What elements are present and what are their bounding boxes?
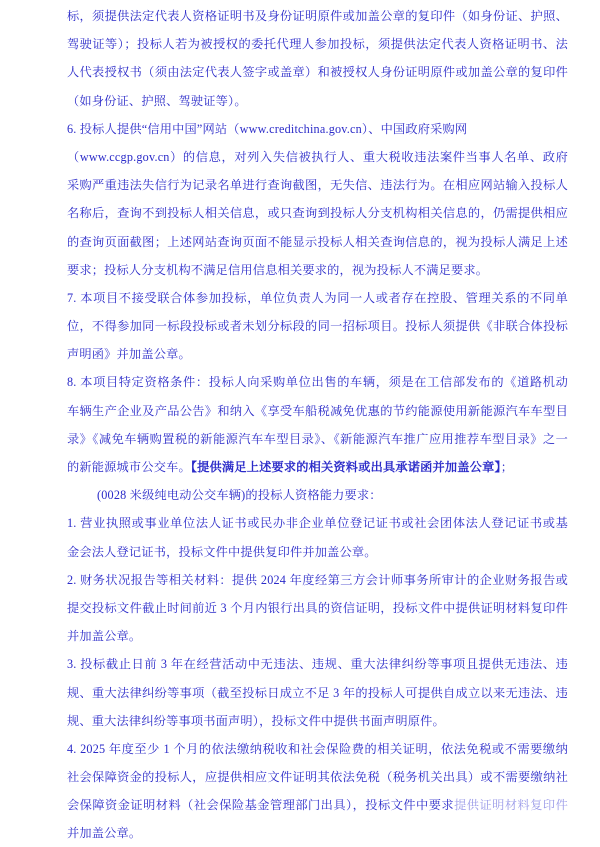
text-run: 社会保障资金的投标人，应提供相应文件证明其依法免税（税务机关出具）或不需要缴纳社 <box>67 770 568 784</box>
bold-text-run: 【提供满足上述要求的相关资料或出具承诺函并加盖公章】 <box>191 460 501 474</box>
text-line: 6. 投标人提供“信用中国”网站（www.creditchina.gov.cn）… <box>67 115 568 143</box>
text-run: （如身份证、护照、驾驶证等）。 <box>67 94 247 108</box>
text-run: 8. 本项目特定资格条件：投标人向采购单位出售的车辆，须是在工信部发布的《道路机… <box>67 375 568 389</box>
text-run: 采购严重违法失信行为记录名单进行查询截图，无失信、违法行为。在相应网站输入投标人 <box>67 178 568 192</box>
text-run: 会保障资金证明材料（社会保险基金管理部门出具），投标文件中要求 <box>67 798 454 812</box>
text-run: 的查询页面截图；上述网站查询页面不能显示投标人相关查询信息的，视为投标人满足上述 <box>67 235 568 249</box>
text-run: 规、重大法律纠纷等事项书面声明），投标文件中提供书面声明原件。 <box>67 714 445 728</box>
text-line: 8. 本项目特定资格条件：投标人向采购单位出售的车辆，须是在工信部发布的《道路机… <box>67 368 568 396</box>
text-line: 会保障资金证明材料（社会保险基金管理部门出具），投标文件中要求提供证明材料复印件 <box>67 791 568 819</box>
text-line: 采购严重违法失信行为记录名单进行查询截图，无失信、违法行为。在相应网站输入投标人 <box>67 171 568 199</box>
text-run: (0028 米级纯电动公交车辆)的投标人资格能力要求： <box>97 488 382 502</box>
text-line: 社会保障资金的投标人，应提供相应文件证明其依法免税（税务机关出具）或不需要缴纳社 <box>67 763 568 791</box>
text-run: 驾驶证等）；投标人若为被授权的委托代理人参加投标，须提供法定代表人资格证明书、法 <box>67 37 568 51</box>
text-line: 规、重大法律纠纷等事项（截至投标日成立不足 3 年的投标人可提供自成立以来无违法… <box>67 679 568 707</box>
text-run: 录》《减免车辆购置税的新能源汽车车型目录》、《新能源汽车推广应用推荐车型目录》之… <box>67 432 568 446</box>
text-run: 的新能源城市公交车。 <box>67 460 191 474</box>
text-line: 声明函》并加盖公章。 <box>67 340 568 368</box>
text-run: 并加盖公章。 <box>67 826 141 840</box>
text-run: 2. 财务状况报告等相关材料：提供 2024 年度经第三方会计师事务所审计的企业… <box>67 573 568 587</box>
text-line: 4. 2025 年度至少 1 个月的依法缴纳税收和社会保险费的相关证明，依法免税… <box>67 735 568 763</box>
text-line: 的新能源城市公交车。【提供满足上述要求的相关资料或出具承诺函并加盖公章】； <box>67 453 568 481</box>
text-line: （www.ccgp.gov.cn）的信息，对列入失信被执行人、重大税收违法案件当… <box>67 143 568 171</box>
text-run: 声明函》并加盖公章。 <box>67 347 191 361</box>
text-run: 4. 2025 年度至少 1 个月的依法缴纳税收和社会保险费的相关证明，依法免税… <box>67 742 568 756</box>
text-run: 规、重大法律纠纷等事项（截至投标日成立不足 3 年的投标人可提供自成立以来无违法… <box>67 686 568 700</box>
text-run: （www.ccgp.gov.cn）的信息，对列入失信被执行人、重大税收违法案件当… <box>67 150 568 164</box>
text-run: 7. 本项目不接受联合体参加投标，单位负责人为同一人或者存在控股、管理关系的不同… <box>67 291 568 305</box>
text-run: 车辆生产企业及产品公告》和纳入《享受车船税减免优惠的节约能源使用新能源汽车车型目 <box>67 404 568 418</box>
text-line: 录》《减免车辆购置税的新能源汽车车型目录》、《新能源汽车推广应用推荐车型目录》之… <box>67 425 568 453</box>
text-line: 1. 营业执照或事业单位法人证书或民办非企业单位登记证书或社会团体法人登记证书或… <box>67 509 568 537</box>
text-line: 车辆生产企业及产品公告》和纳入《享受车船税减免优惠的节约能源使用新能源汽车车型目 <box>67 397 568 425</box>
document-page: 标，须提供法定代表人资格证明书及身份证明原件或加盖公章的复印件（如身份证、护照、… <box>0 0 600 847</box>
text-line: 要求；投标人分支机构不满足信用信息相关要求的，视为投标人不满足要求。 <box>67 256 568 284</box>
text-line: 并加盖公章。 <box>67 819 568 847</box>
text-run: 并加盖公章。 <box>67 629 141 643</box>
text-run: ； <box>501 460 513 474</box>
text-line: 并加盖公章。 <box>67 622 568 650</box>
text-line: 2. 财务状况报告等相关材料：提供 2024 年度经第三方会计师事务所审计的企业… <box>67 566 568 594</box>
text-line: 金会法人登记证书，投标文件中提供复印件并加盖公章。 <box>67 538 568 566</box>
text-line: 提交投标文件截止时间前近 3 个月内银行出具的资信证明，投标文件中提供证明材料复… <box>67 594 568 622</box>
text-run: 金会法人登记证书，投标文件中提供复印件并加盖公章。 <box>67 545 377 559</box>
text-run: 1. 营业执照或事业单位法人证书或民办非企业单位登记证书或社会团体法人登记证书或… <box>67 516 568 530</box>
light-text-run: 提供证明材料复印件 <box>454 798 568 812</box>
text-run: 名称后，查询不到投标人相关信息，或只查询到投标人分支机构相关信息的，仍需提供相应 <box>67 206 568 220</box>
text-line: 7. 本项目不接受联合体参加投标，单位负责人为同一人或者存在控股、管理关系的不同… <box>67 284 568 312</box>
text-run: 3. 投标截止日前 3 年在经营活动中无违法、违规、重大法律纠纷等事项且提供无违… <box>67 657 568 671</box>
text-line: （如身份证、护照、驾驶证等）。 <box>67 87 568 115</box>
text-run: 标，须提供法定代表人资格证明书及身份证明原件或加盖公章的复印件（如身份证、护照、 <box>67 9 568 23</box>
text-line: (0028 米级纯电动公交车辆)的投标人资格能力要求： <box>67 481 568 509</box>
text-line: 位，不得参加同一标段投标或者未划分标段的同一招标项目。投标人须提供《非联合体投标 <box>67 312 568 340</box>
text-run: 提交投标文件截止时间前近 3 个月内银行出具的资信证明，投标文件中提供证明材料复… <box>67 601 568 615</box>
text-line: 的查询页面截图；上述网站查询页面不能显示投标人相关查询信息的，视为投标人满足上述 <box>67 228 568 256</box>
text-line: 人代表授权书（须由法定代表人签字或盖章）和被授权人身份证明原件或加盖公章的复印件 <box>67 58 568 86</box>
text-line: 3. 投标截止日前 3 年在经营活动中无违法、违规、重大法律纠纷等事项且提供无违… <box>67 650 568 678</box>
text-run: 位，不得参加同一标段投标或者未划分标段的同一招标项目。投标人须提供《非联合体投标 <box>67 319 568 333</box>
text-run: 要求；投标人分支机构不满足信用信息相关要求的，视为投标人不满足要求。 <box>67 263 488 277</box>
text-line: 标，须提供法定代表人资格证明书及身份证明原件或加盖公章的复印件（如身份证、护照、 <box>67 2 568 30</box>
text-line: 规、重大法律纠纷等事项书面声明），投标文件中提供书面声明原件。 <box>67 707 568 735</box>
text-run: 人代表授权书（须由法定代表人签字或盖章）和被授权人身份证明原件或加盖公章的复印件 <box>67 65 568 79</box>
text-line: 驾驶证等）；投标人若为被授权的委托代理人参加投标，须提供法定代表人资格证明书、法 <box>67 30 568 58</box>
document-lines: 标，须提供法定代表人资格证明书及身份证明原件或加盖公章的复印件（如身份证、护照、… <box>0 0 600 847</box>
text-line: 名称后，查询不到投标人相关信息，或只查询到投标人分支机构相关信息的，仍需提供相应 <box>67 199 568 227</box>
text-run: 6. 投标人提供“信用中国”网站（www.creditchina.gov.cn）… <box>67 122 467 136</box>
